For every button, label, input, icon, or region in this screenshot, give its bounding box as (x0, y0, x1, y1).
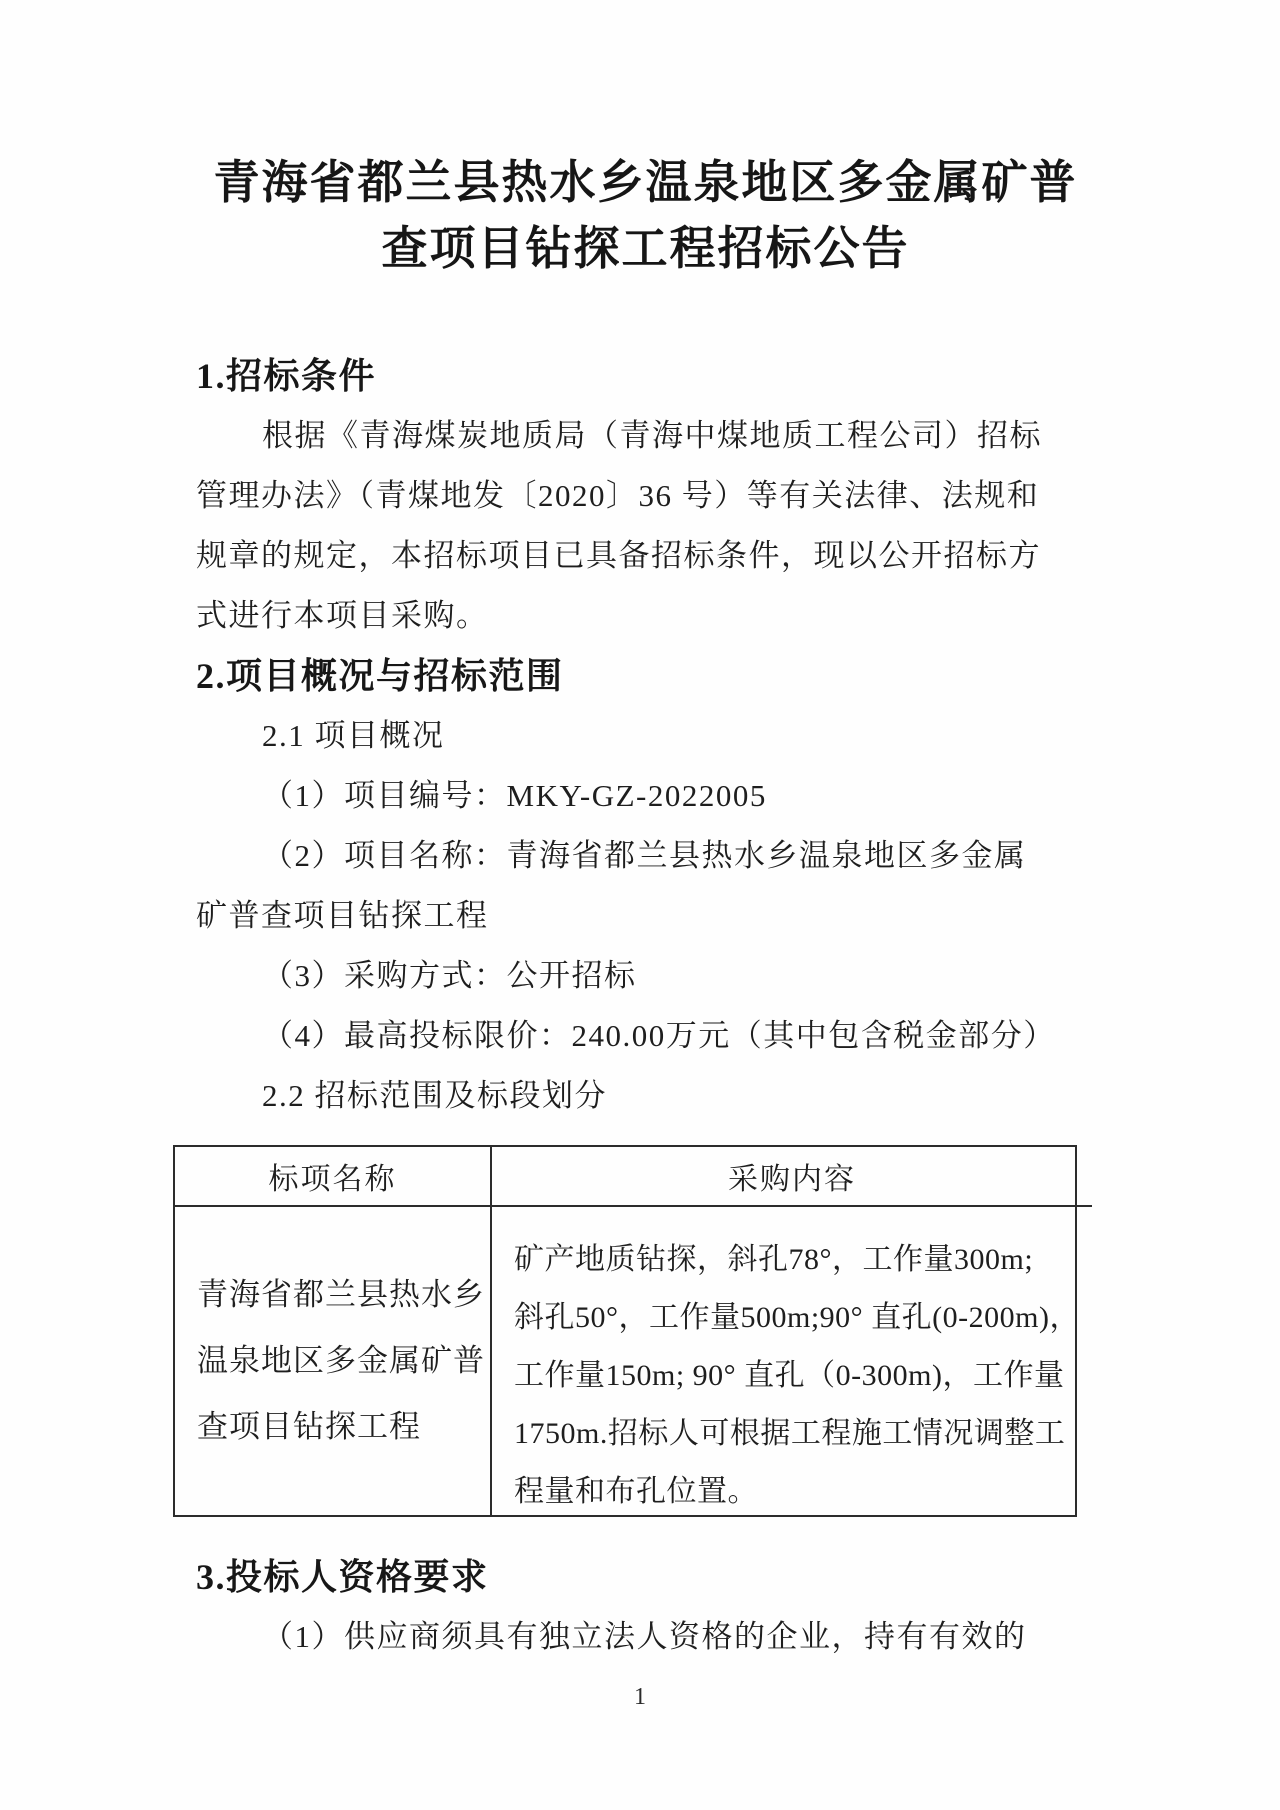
max-bid-price-item: （4）最高投标限价：240.00万元（其中包含税金部分） (196, 1006, 1095, 1066)
document-title: 青海省都兰县热水乡温泉地区多金属矿普 查项目钻探工程招标公告 (196, 150, 1095, 282)
section3-heading: 3.投标人资格要求 (196, 1547, 1095, 1607)
table-header-procurement-content: 采购内容 (492, 1147, 1092, 1207)
procurement-method-item: （3）采购方式：公开招标 (196, 946, 1095, 1006)
document-title-line-1: 青海省都兰县热水乡温泉地区多金属矿普 (196, 150, 1095, 216)
table-header-bid-name: 标项名称 (175, 1147, 492, 1207)
bid-name-line: 青海省都兰县热水乡 (197, 1262, 472, 1328)
paragraph-line: 式进行本项目采购。 (196, 586, 1095, 646)
document-page: 青海省都兰县热水乡温泉地区多金属矿普 查项目钻探工程招标公告 1.招标条件 根据… (0, 0, 1280, 1810)
document-content: 青海省都兰县热水乡温泉地区多金属矿普 查项目钻探工程招标公告 1.招标条件 根据… (196, 0, 1095, 1667)
section2-sub2-heading: 2.2 招标范围及标段划分 (196, 1066, 1095, 1126)
page-number: 1 (0, 1684, 1280, 1711)
project-number-item: （1）项目编号：MKY-GZ-2022005 (196, 766, 1095, 826)
section2-heading: 2.项目概况与招标范围 (196, 646, 1095, 706)
procurement-content-line: 矿产地质钻探，斜孔78°，工作量300m; (514, 1231, 1080, 1289)
procurement-content-line: 工作量150m; 90° 直孔（0-300m)，工作量 (514, 1347, 1080, 1405)
procurement-content-line: 1750m.招标人可根据工程施工情况调整工 (514, 1405, 1080, 1463)
bid-sections-table: 标项名称 采购内容 青海省都兰县热水乡 温泉地区多金属矿普 查项目钻探工程 矿产… (173, 1145, 1077, 1517)
paragraph-line: 根据《青海煤炭地质局（青海中煤地质工程公司）招标 (196, 406, 1095, 466)
bid-name-line: 温泉地区多金属矿普 (197, 1328, 472, 1394)
supplier-qualification-item: （1）供应商须具有独立法人资格的企业，持有有效的 (196, 1607, 1095, 1667)
section1-paragraph: 根据《青海煤炭地质局（青海中煤地质工程公司）招标 管理办法》（青煤地发〔2020… (196, 406, 1095, 646)
section2-sub1-heading: 2.1 项目概况 (196, 706, 1095, 766)
bid-name-line: 查项目钻探工程 (197, 1394, 472, 1460)
document-title-line-2: 查项目钻探工程招标公告 (196, 216, 1095, 282)
procurement-content-line: 斜孔50°，工作量500m;90° 直孔(0-200m)， (514, 1289, 1080, 1347)
project-name-item-line-1: （2）项目名称：青海省都兰县热水乡温泉地区多金属 (196, 826, 1095, 886)
section1-heading: 1.招标条件 (196, 346, 1095, 406)
table-cell-bid-name: 青海省都兰县热水乡 温泉地区多金属矿普 查项目钻探工程 (175, 1207, 492, 1515)
paragraph-line: 管理办法》（青煤地发〔2020〕36 号）等有关法律、法规和 (196, 466, 1095, 526)
paragraph-line: 规章的规定，本招标项目已具备招标条件，现以公开招标方 (196, 526, 1095, 586)
procurement-content-line: 程量和布孔位置。 (514, 1463, 1080, 1521)
project-name-item-line-2: 矿普查项目钻探工程 (196, 886, 1095, 946)
table-cell-procurement-content: 矿产地质钻探，斜孔78°，工作量300m; 斜孔50°，工作量500m;90° … (492, 1207, 1092, 1515)
